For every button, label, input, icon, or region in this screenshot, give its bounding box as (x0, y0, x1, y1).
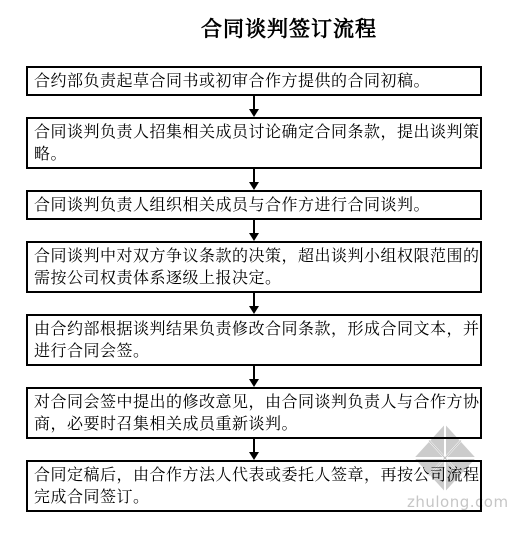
flow-step-3-line-1: 合同谈判负责人组织相关成员与合作方进行合同谈判。 (34, 194, 475, 216)
down-arrow-icon (26, 439, 482, 460)
page-title: 合同谈判签订流程 (201, 13, 377, 43)
flow-step-2-line-1: 合同谈判负责人招集相关成员讨论确定合同条款，提出谈判策 (34, 121, 475, 143)
flow-step-1-line-1: 合约部负责起草合同书或初审合作方提供的合同初稿。 (34, 70, 475, 92)
flow-step-2-line-2: 略。 (34, 143, 475, 165)
flow-step-7-line-1: 合同定稿后，由合作方法人代表或委托人签章，再按公司流程 (34, 464, 475, 486)
flow-step-4-line-2: 需按公司权责体系逐级上报决定。 (34, 267, 475, 289)
flow-step-6-line-1: 对合同会签中提出的修改意见，由合同谈判负责人与合作方协 (34, 391, 475, 413)
flow-step-1: 合约部负责起草合同书或初审合作方提供的合同初稿。 (26, 66, 482, 96)
down-arrow-icon (26, 96, 482, 117)
flow-step-4-line-1: 合同谈判中对双方争议条款的决策，超出谈判小组权限范围的， (34, 245, 475, 267)
flow-step-2: 合同谈判负责人招集相关成员讨论确定合同条款，提出谈判策略。 (26, 117, 482, 169)
flow-step-6: 对合同会签中提出的修改意见，由合同谈判负责人与合作方协商，必要时召集相关成员重新… (26, 387, 482, 439)
flow-step-7-line-2: 完成合同签订。 (34, 486, 475, 508)
down-arrow-icon (26, 220, 482, 241)
flowchart-canvas: zhulong.com 合同谈判签订流程 合约部负责起草合同书或初审合作方提供的… (0, 0, 508, 533)
flowchart: 合约部负责起草合同书或初审合作方提供的合同初稿。合同谈判负责人招集相关成员讨论确… (26, 66, 482, 512)
flow-step-5-line-1: 由合约部根据谈判结果负责修改合同条款，形成合同文本，并 (34, 318, 475, 340)
down-arrow-icon (26, 366, 482, 387)
flow-step-6-line-2: 商，必要时召集相关成员重新谈判。 (34, 413, 475, 435)
flow-step-5: 由合约部根据谈判结果负责修改合同条款，形成合同文本，并进行合同会签。 (26, 314, 482, 366)
flow-step-7: 合同定稿后，由合作方法人代表或委托人签章，再按公司流程完成合同签订。 (26, 460, 482, 512)
flow-step-5-line-2: 进行合同会签。 (34, 340, 475, 362)
flow-step-4: 合同谈判中对双方争议条款的决策，超出谈判小组权限范围的，需按公司权责体系逐级上报… (26, 241, 482, 293)
down-arrow-icon (26, 169, 482, 190)
down-arrow-icon (26, 293, 482, 314)
flow-step-3: 合同谈判负责人组织相关成员与合作方进行合同谈判。 (26, 190, 482, 220)
